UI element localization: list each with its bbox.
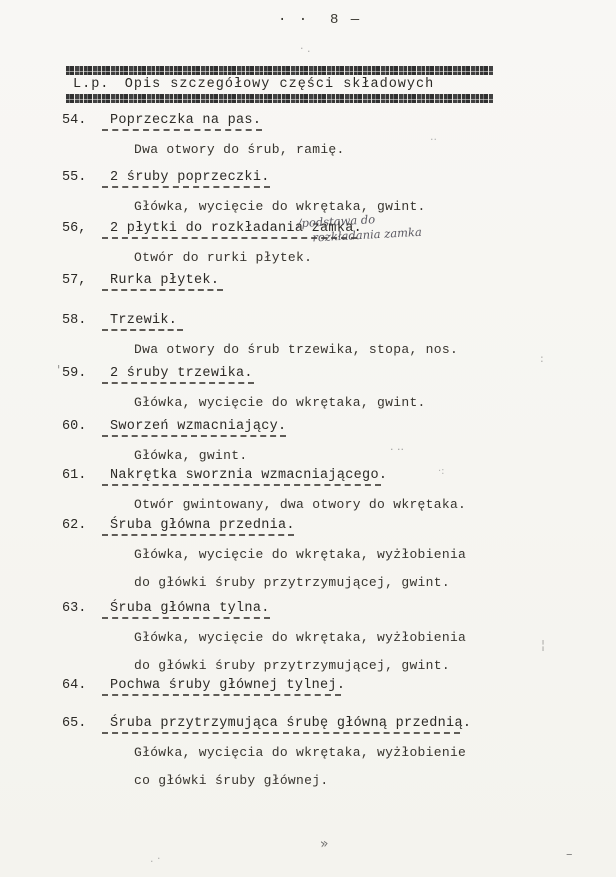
item-title-underline — [102, 329, 183, 331]
item-title: Śruba główna przednia. — [110, 518, 295, 533]
item-number: 55. — [62, 170, 86, 185]
item-title-underline — [102, 129, 262, 131]
item-title: 2 śruby poprzeczki. — [110, 170, 270, 185]
item-detail-line: co główki śruby głównej. — [134, 773, 328, 788]
item-number: 63. — [62, 601, 86, 616]
item-number: 64. — [62, 678, 86, 693]
item-number: 61. — [62, 468, 86, 483]
item-number: 59. — [62, 366, 86, 381]
parts-list: 54.Poprzeczka na pas.Dwa otwory do śrub,… — [0, 0, 616, 877]
item-detail-line: Otwór gwintowany, dwa otwory do wkrętaka… — [134, 497, 466, 512]
handwritten-annotation: /podstawa dorozkładania zamka — [297, 210, 422, 246]
item-number: 57, — [62, 273, 86, 288]
item-title-underline — [102, 186, 270, 188]
item-number: 65. — [62, 716, 86, 731]
item-title: Śruba główna tylna. — [110, 601, 270, 616]
item-number: 60. — [62, 419, 86, 434]
item-detail-line: Główka, wycięcie do wkrętaka, wyżłobieni… — [134, 630, 466, 645]
item-title: Rurka płytek. — [110, 273, 219, 288]
item-detail-line: Dwa otwory do śrub trzewika, stopa, nos. — [134, 342, 458, 357]
item-detail-line: Główka, wycięcia do wkrętaka, wyżłobieni… — [134, 745, 466, 760]
item-detail-line: do główki śruby przytrzymującej, gwint. — [134, 658, 450, 673]
item-title-underline — [102, 484, 381, 486]
item-detail-line: Dwa otwory do śrub, ramię. — [134, 142, 345, 157]
item-title-underline — [102, 435, 286, 437]
item-title: Nakrętka sworznia wzmacniającego. — [110, 468, 387, 483]
item-number: 62. — [62, 518, 86, 533]
item-title-underline — [102, 534, 294, 536]
scanned-document-page: · · 8 ― L.p. Opis szczegółowy części skł… — [0, 0, 616, 877]
item-title-underline — [102, 694, 341, 696]
item-detail-line: Otwór do rurki płytek. — [134, 250, 312, 265]
item-title: Śruba przytrzymująca śrubę główną przedn… — [110, 716, 471, 731]
item-detail-line: Główka, wycięcie do wkrętaka, wyżłobieni… — [134, 547, 466, 562]
item-title: 2 śruby trzewika. — [110, 366, 253, 381]
item-title: Poprzeczka na pas. — [110, 113, 261, 128]
item-title-underline — [102, 382, 254, 384]
item-title-underline — [102, 617, 270, 619]
item-detail-line: do główki śruby przytrzymującej, gwint. — [134, 575, 450, 590]
item-detail-line: Główka, wycięcie do wkrętaka, gwint. — [134, 395, 426, 410]
item-title: Trzewik. — [110, 313, 177, 328]
item-number: 56, — [62, 221, 86, 236]
item-title-underline — [102, 289, 223, 291]
item-title: Pochwa śruby głównej tylnej. — [110, 678, 345, 693]
item-number: 54. — [62, 113, 86, 128]
item-detail-line: Główka, gwint. — [134, 448, 247, 463]
item-number: 58. — [62, 313, 86, 328]
item-title-underline — [102, 732, 460, 734]
item-title: Sworzeń wzmacniający. — [110, 419, 286, 434]
